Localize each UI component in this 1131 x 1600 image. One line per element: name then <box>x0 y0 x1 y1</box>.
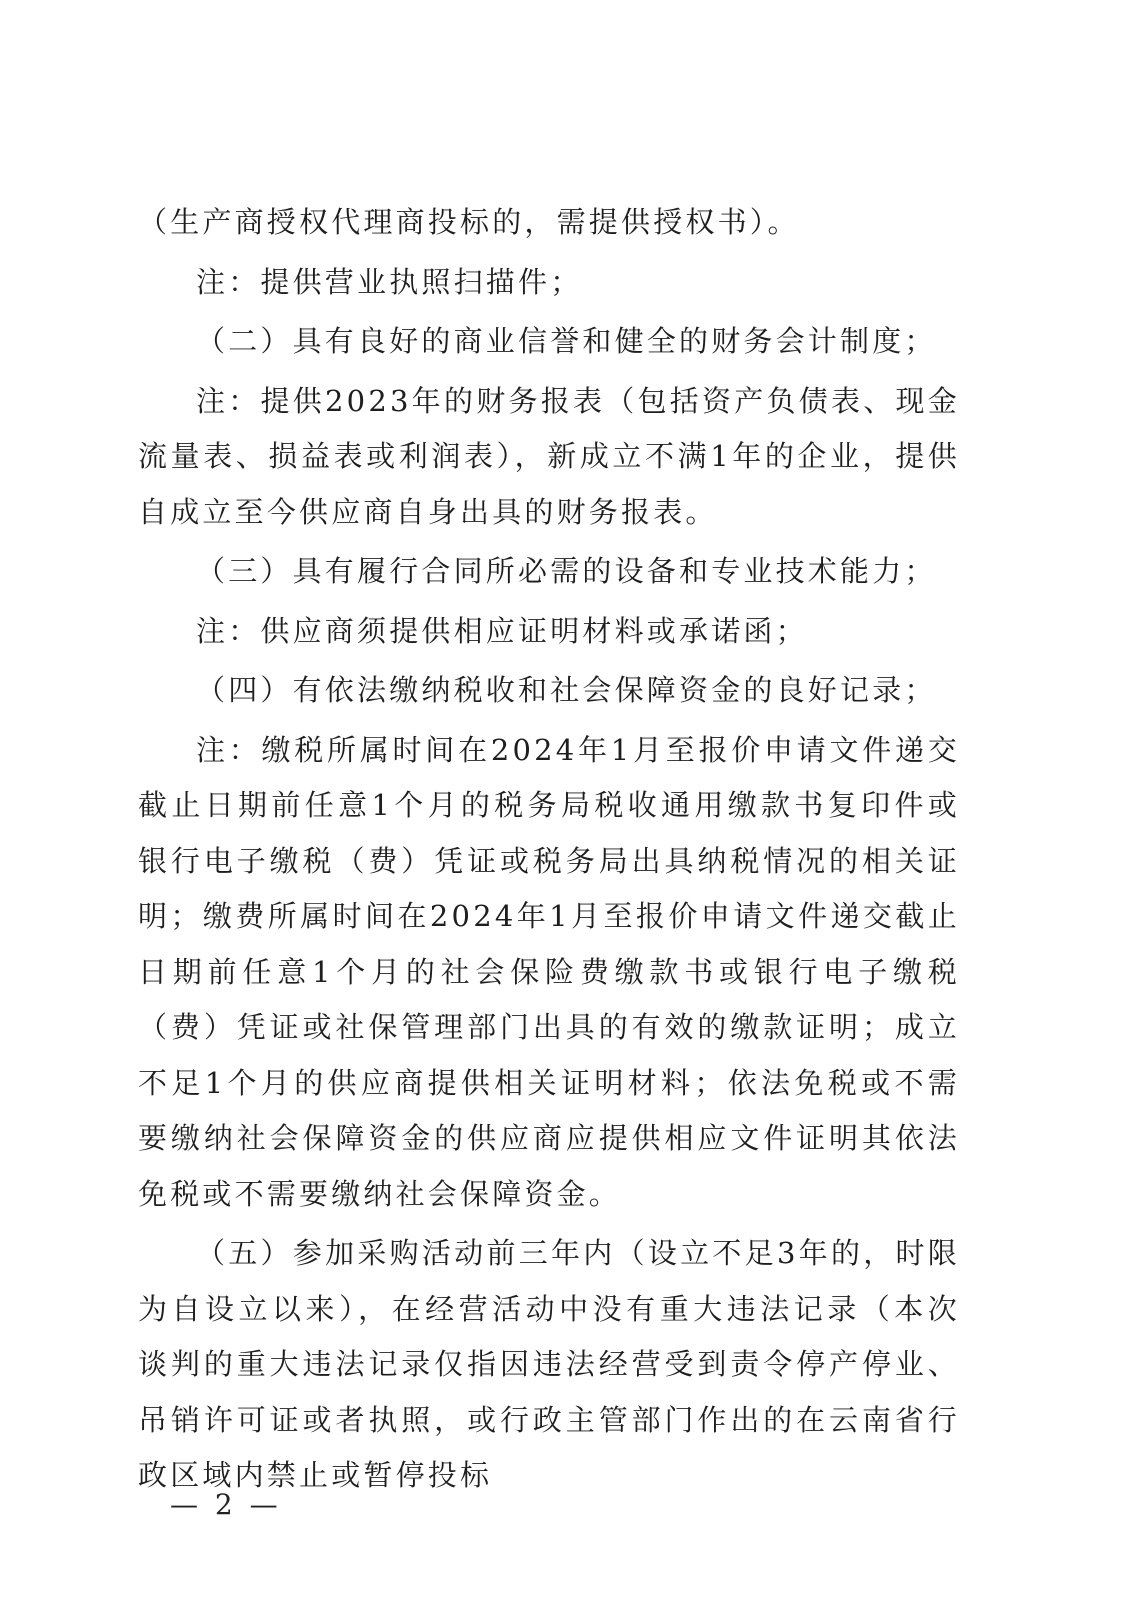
paragraph-requirement-3: （三）具有履行合同所必需的设备和专业技术能力； <box>138 544 960 600</box>
paragraph-authorization-note: （生产商授权代理商投标的，需提供授权书）。 <box>138 195 960 251</box>
document-page: （生产商授权代理商投标的，需提供授权书）。 注：提供营业执照扫描件； （二）具有… <box>0 0 1131 1600</box>
paragraph-requirement-2: （二）具有良好的商业信誉和健全的财务会计制度； <box>138 314 960 370</box>
paragraph-financial-report-note: 注：提供2023年的财务报表（包括资产负债表、现金流量表、损益表或利润表），新成… <box>138 374 960 541</box>
paragraph-business-license-note: 注：提供营业执照扫描件； <box>138 255 960 311</box>
paragraph-proof-note: 注：供应商须提供相应证明材料或承诺函； <box>138 604 960 660</box>
document-body: （生产商授权代理商投标的，需提供授权书）。 注：提供营业执照扫描件； （二）具有… <box>138 195 960 1504</box>
page-number: — 2 — <box>170 1488 282 1521</box>
paragraph-requirement-5: （五）参加采购活动前三年内（设立不足3年的，时限为自设立以来），在经营活动中没有… <box>138 1226 960 1504</box>
paragraph-requirement-4: （四）有依法缴纳税收和社会保障资金的良好记录； <box>138 663 960 719</box>
paragraph-tax-social-security-note: 注：缴税所属时间在2024年1月至报价申请文件递交截止日期前任意1个月的税务局税… <box>138 723 960 1223</box>
